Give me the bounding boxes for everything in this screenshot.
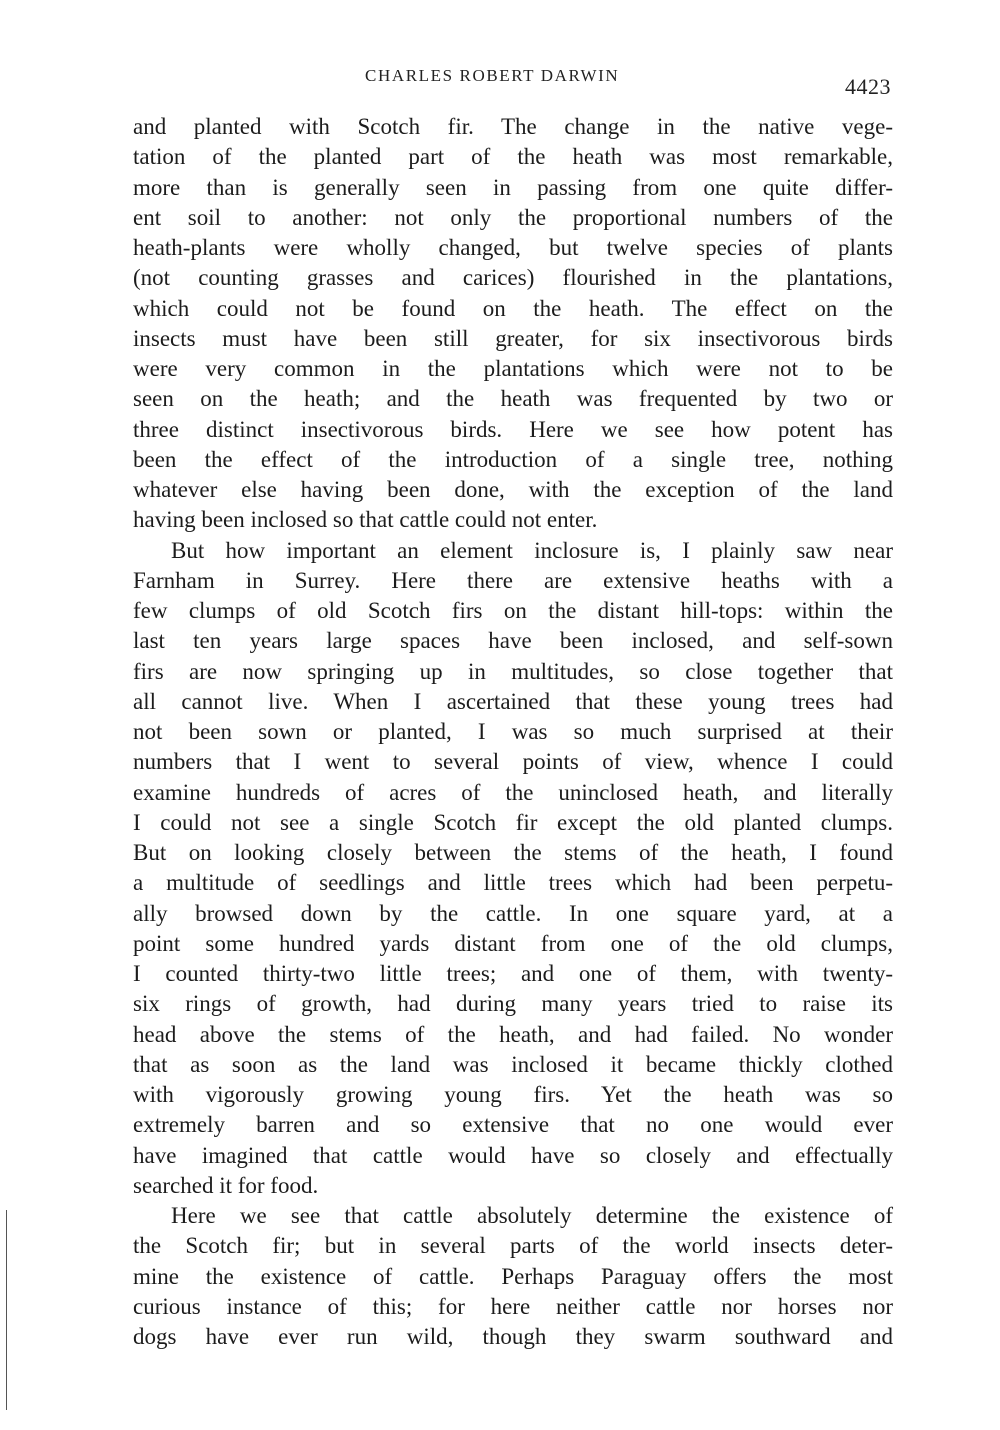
text-line: been the effect of the introduction of a… xyxy=(133,445,893,475)
running-title: CHARLES ROBERT DARWIN xyxy=(365,66,619,86)
text-line: a multitude of seedlings and little tree… xyxy=(133,868,893,898)
text-line: heath-plants were wholly changed, but tw… xyxy=(133,233,893,263)
running-head: CHARLES ROBERT DARWIN 4423 xyxy=(0,66,1000,96)
text-line: having been inclosed so that cattle coul… xyxy=(133,505,893,535)
page-number: 4423 xyxy=(845,74,891,100)
text-line: three distinct insectivorous birds. Here… xyxy=(133,415,893,445)
text-line: mine the existence of cattle. Perhaps Pa… xyxy=(133,1262,893,1292)
paragraph-1: and planted with Scotch fir. The change … xyxy=(133,112,893,536)
text-line: I could not see a single Scotch fir exce… xyxy=(133,808,893,838)
text-line: ent soil to another: not only the propor… xyxy=(133,203,893,233)
paragraph-3: Here we see that cattle absolutely deter… xyxy=(133,1201,893,1352)
text-line: insects must have been still greater, fo… xyxy=(133,324,893,354)
body-text: and planted with Scotch fir. The change … xyxy=(133,112,893,1352)
text-line: searched it for food. xyxy=(133,1171,893,1201)
text-line: more than is generally seen in passing f… xyxy=(133,173,893,203)
text-line: head above the stems of the heath, and h… xyxy=(133,1020,893,1050)
text-line: point some hundred yards distant from on… xyxy=(133,929,893,959)
text-line: I counted thirty-two little trees; and o… xyxy=(133,959,893,989)
text-line: few clumps of old Scotch firs on the dis… xyxy=(133,596,893,626)
text-line: all cannot live. When I ascertained that… xyxy=(133,687,893,717)
paragraph-2: But how important an element inclosure i… xyxy=(133,536,893,1202)
text-line: Here we see that cattle absolutely deter… xyxy=(133,1201,893,1231)
text-line: not been sown or planted, I was so much … xyxy=(133,717,893,747)
text-line: But on looking closely between the stems… xyxy=(133,838,893,868)
text-line: have imagined that cattle would have so … xyxy=(133,1141,893,1171)
text-line: the Scotch fir; but in several parts of … xyxy=(133,1231,893,1261)
text-line: seen on the heath; and the heath was fre… xyxy=(133,384,893,414)
text-line: six rings of growth, had during many yea… xyxy=(133,989,893,1019)
text-line: and planted with Scotch fir. The change … xyxy=(133,112,893,142)
scan-margin-line xyxy=(6,1210,7,1410)
text-line: extremely barren and so extensive that n… xyxy=(133,1110,893,1140)
text-line: (not counting grasses and carices) flour… xyxy=(133,263,893,293)
text-line: tation of the planted part of the heath … xyxy=(133,142,893,172)
text-line: were very common in the plantations whic… xyxy=(133,354,893,384)
text-line: dogs have ever run wild, though they swa… xyxy=(133,1322,893,1352)
text-line: But how important an element inclosure i… xyxy=(133,536,893,566)
text-line: firs are now springing up in multitudes,… xyxy=(133,657,893,687)
text-line: examine hundreds of acres of the uninclo… xyxy=(133,778,893,808)
text-line: Farnham in Surrey. Here there are extens… xyxy=(133,566,893,596)
text-line: that as soon as the land was inclosed it… xyxy=(133,1050,893,1080)
text-line: ally browsed down by the cattle. In one … xyxy=(133,899,893,929)
text-line: curious instance of this; for here neith… xyxy=(133,1292,893,1322)
text-line: numbers that I went to several points of… xyxy=(133,747,893,777)
text-line: last ten years large spaces have been in… xyxy=(133,626,893,656)
text-line: which could not be found on the heath. T… xyxy=(133,294,893,324)
text-line: whatever else having been done, with the… xyxy=(133,475,893,505)
text-line: with vigorously growing young firs. Yet … xyxy=(133,1080,893,1110)
